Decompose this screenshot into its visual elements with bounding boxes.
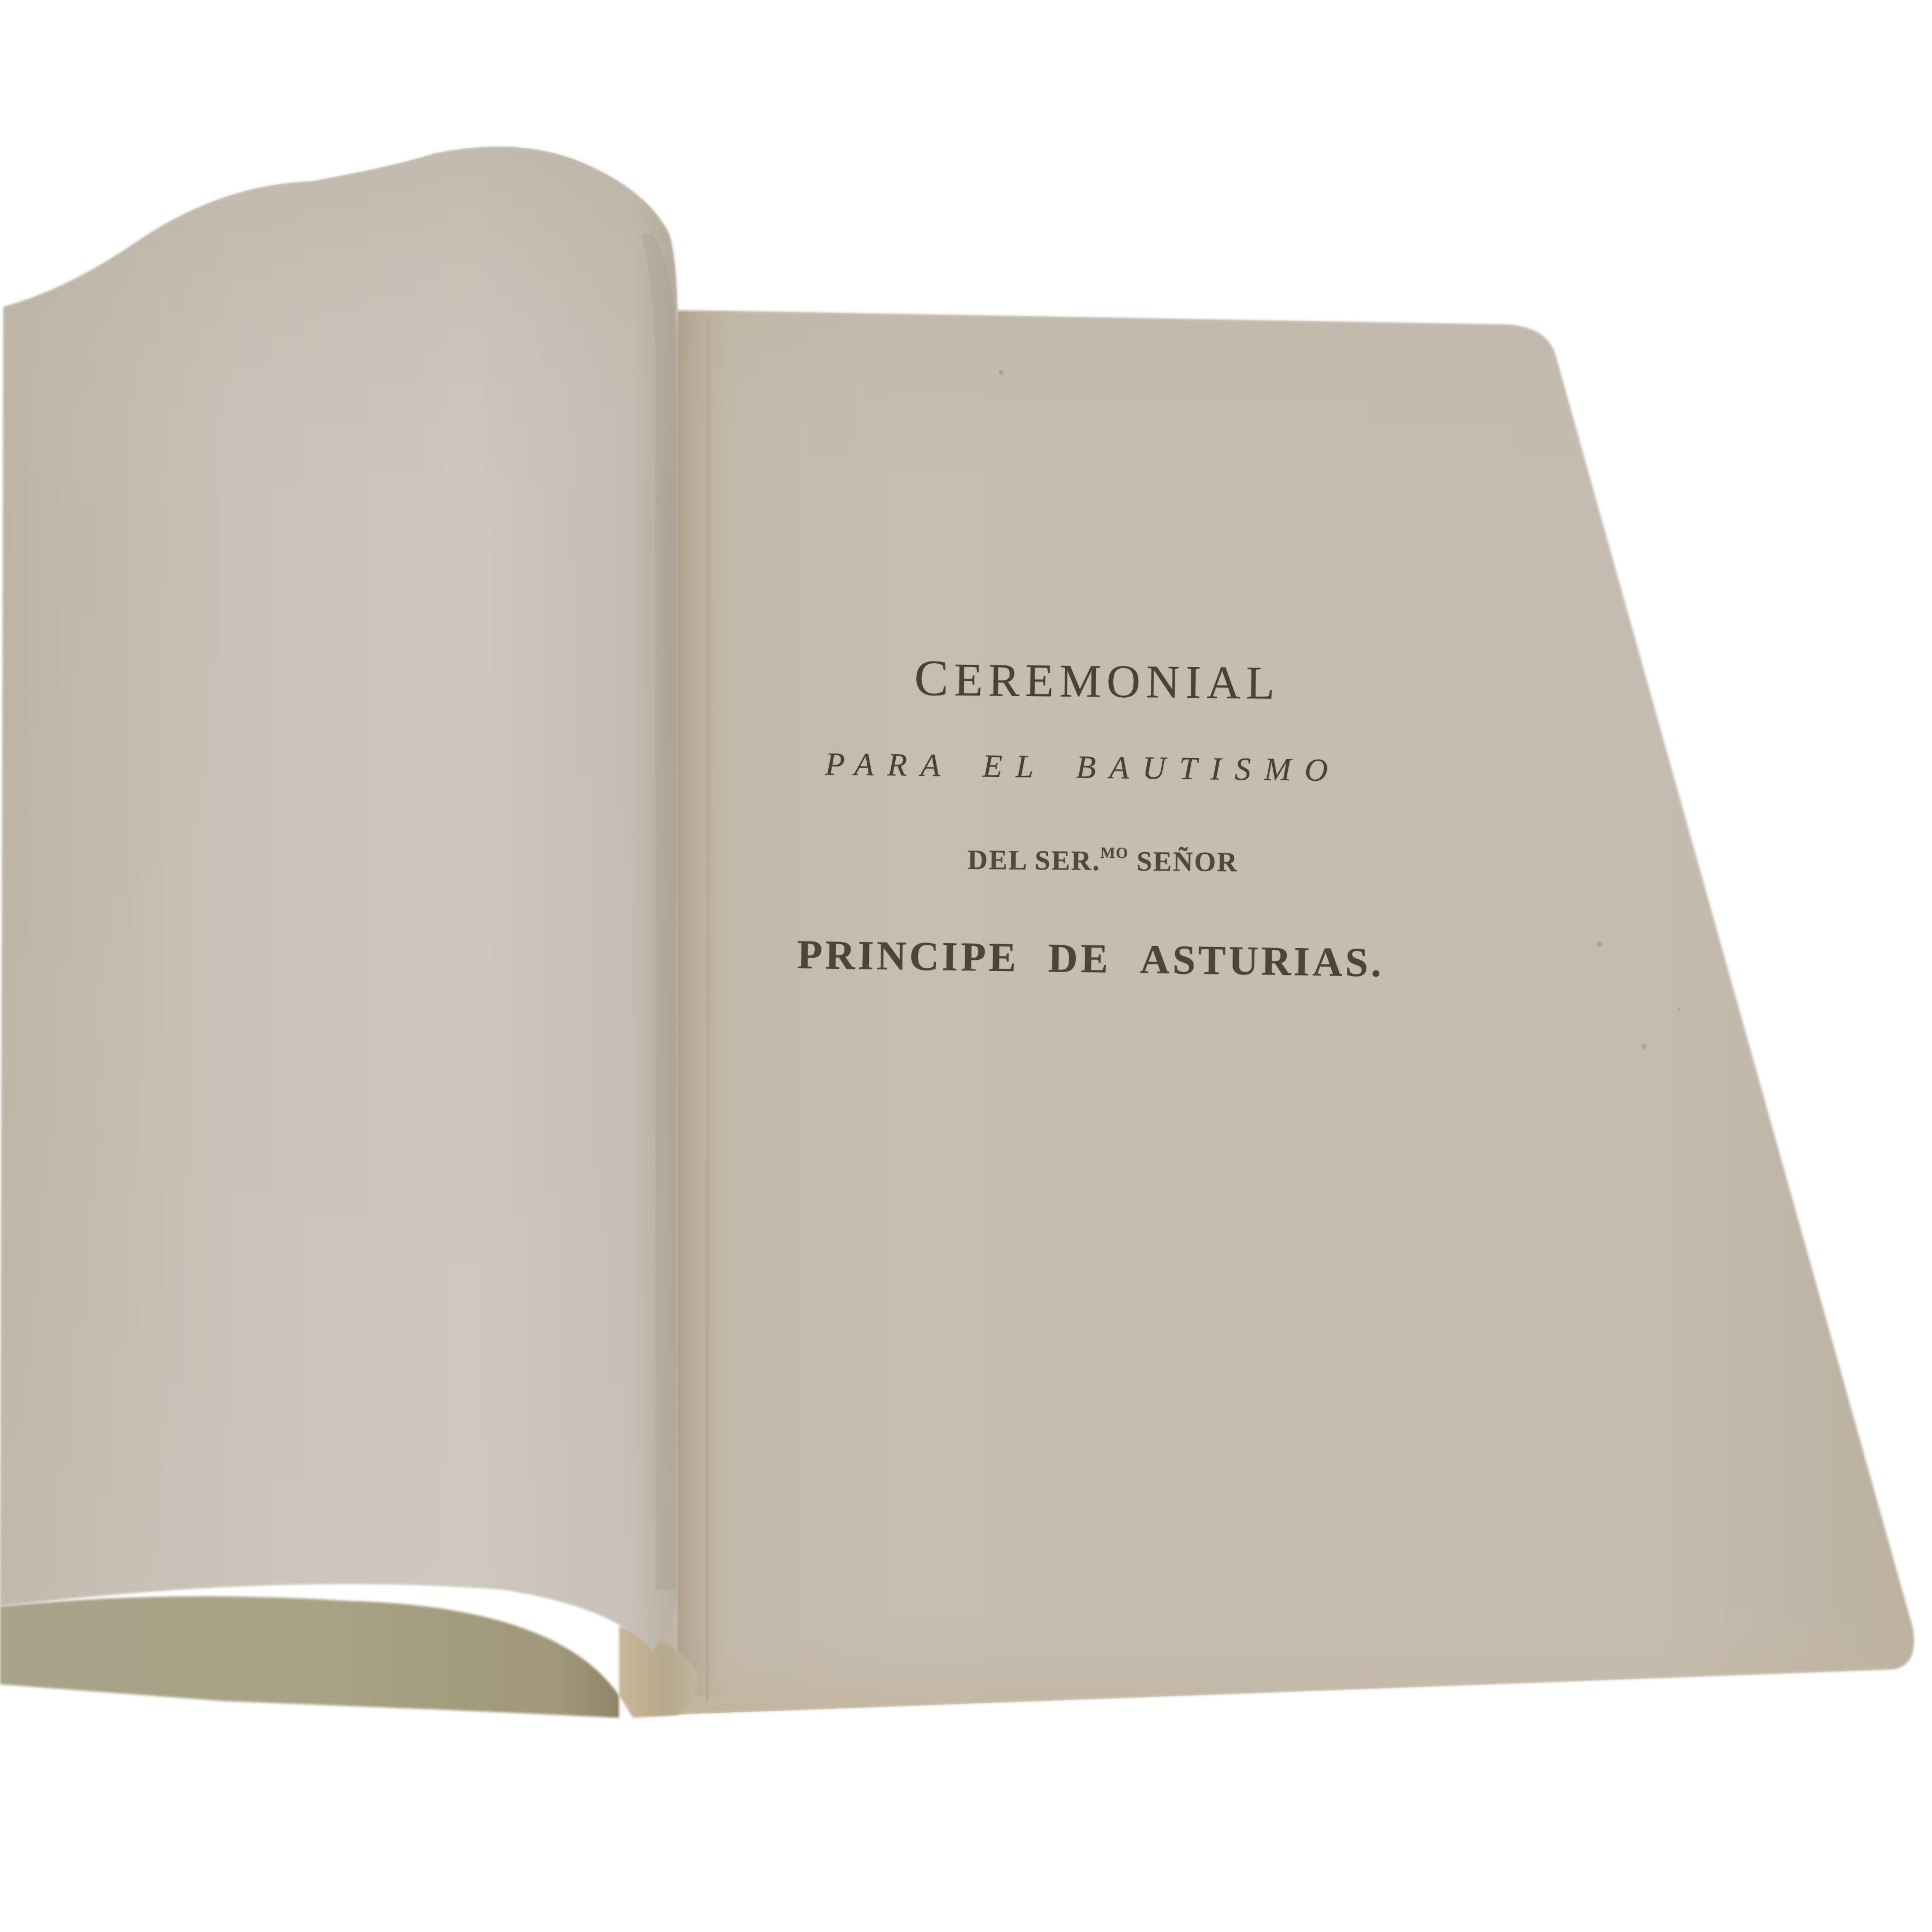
left-page-block-edge xyxy=(0,1596,698,1718)
left-page xyxy=(0,147,678,1651)
book-photo: CEREMONIAL PARAELBAUTISMO DEL SER.MO SEÑ… xyxy=(0,0,1932,1932)
right-page xyxy=(636,310,1914,1715)
open-book-illustration xyxy=(0,0,1932,1932)
